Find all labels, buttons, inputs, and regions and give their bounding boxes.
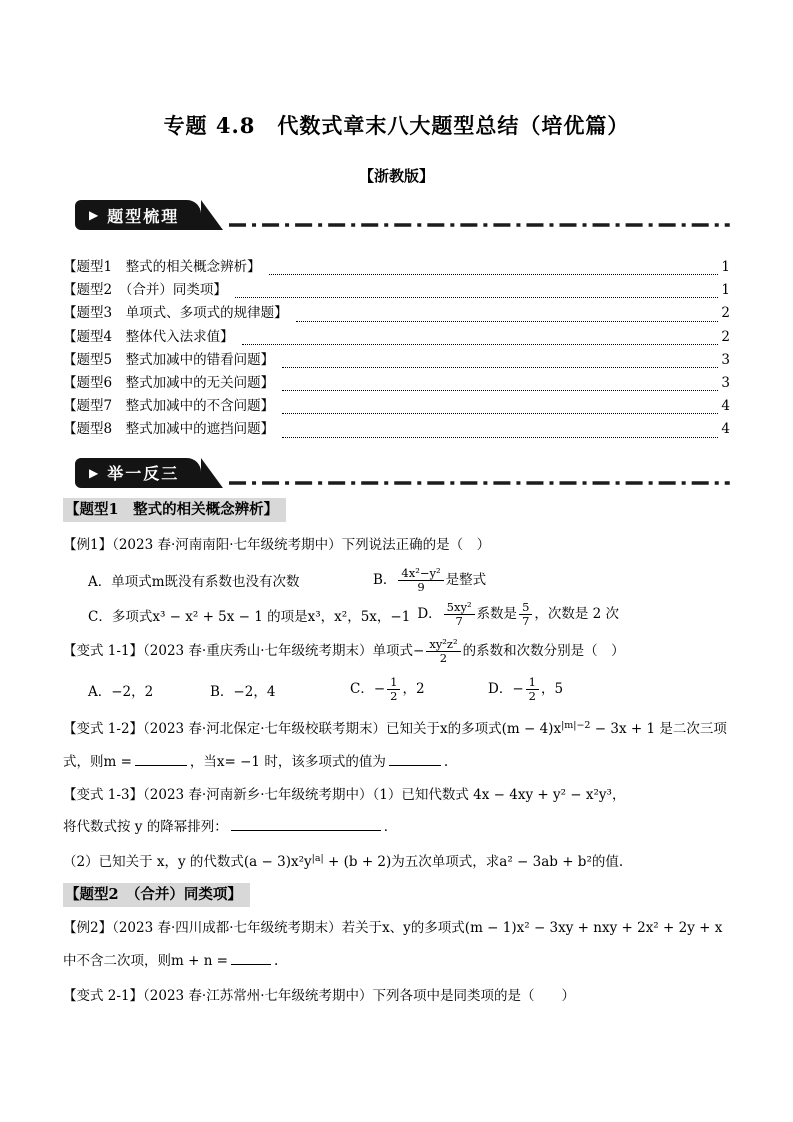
play-triangle-icon: ▶	[89, 208, 98, 222]
variant1-2-line1: 【变式 1-2】（2023 春·河北保定·七年级校联考期末）已知关于x的多项式(…	[63, 716, 730, 739]
variant1-2-line2: 式，则m =，当x= −1 时，该多项式的值为.	[63, 752, 730, 772]
fraction: 57	[519, 601, 532, 628]
toc-item-label: 【题型4 整体代入法求值】	[63, 326, 234, 349]
dash-dot-divider	[229, 479, 730, 487]
exponent: |m|−2	[561, 720, 590, 731]
toc-page-number: 3	[721, 372, 730, 395]
toc-page-number: 2	[721, 302, 730, 325]
example1-stem: 【例1】（2023 春·河南南阳·七年级统考期中）下列说法正确的是（ ）	[63, 535, 730, 555]
toc-row: 【题型1 整式的相关概念辨析】 1	[63, 256, 730, 279]
outline-banner-label: 题型梳理	[107, 204, 179, 227]
toc-leader-dots	[282, 390, 718, 391]
toc-row: 【题型7 整式加减中的不含问题】 4	[63, 395, 730, 418]
answer-blank	[389, 752, 441, 766]
toc-item-label: 【题型6 整式加减中的无关问题】	[63, 372, 274, 395]
variant1-3-line2: 将代数式按 y 的降幂排列：．	[63, 817, 730, 837]
toc-leader-dots	[282, 367, 718, 368]
variant1-1-option-b: B．−2，4	[210, 680, 350, 700]
variant1-1-option-d: D．−12，5	[488, 676, 563, 703]
variant2-1-stem: 【变式 2-1】（2023 春·江苏常州·七年级统考期中）下列各项中是同类项的是…	[63, 986, 730, 1006]
toc-leader-dots	[296, 321, 719, 322]
answer-blank	[135, 752, 187, 766]
outline-banner-row: ▶ 题型梳理	[75, 200, 730, 230]
example1-option-c: C．多项式x³ − x² + 5x − 1 的项是x³，x²，5x，−1	[88, 605, 410, 625]
fraction: 12	[387, 676, 400, 703]
fraction: xy²z²2	[426, 638, 460, 665]
example1-option-a: A．单项式m既没有系数也没有次数	[88, 570, 373, 590]
page-title: 专题 4.8 代数式章末八大题型总结（培优篇）	[63, 112, 730, 140]
practice-banner-label: 举一反三	[107, 461, 179, 484]
toc-item-label: 【题型5 整式加减中的错看问题】	[63, 349, 274, 372]
edition-label: 【浙教版】	[63, 166, 730, 186]
fraction: 12	[526, 676, 539, 703]
example1-options-cd: C．多项式x³ − x² + 5x − 1 的项是x³，x²，5x，−1 D．5…	[63, 601, 730, 628]
toc-page-number: 3	[721, 349, 730, 372]
toc-item-label: 【题型2 （合并）同类项】	[63, 279, 227, 302]
toc-row: 【题型5 整式加减中的错看问题】 3	[63, 349, 730, 372]
heading-type2: 【题型2 （合并）同类项】	[63, 883, 250, 907]
toc-row: 【题型6 整式加减中的无关问题】 3	[63, 372, 730, 395]
variant1-3-line3: （2）已知关于 x，y 的代数式(a − 3)x²y|a| + (b + 2)为…	[63, 849, 730, 872]
example1-options-ab: A．单项式m既没有系数也没有次数 B．4x²−y²9是整式	[63, 567, 730, 594]
variant1-1-stem: 【变式 1-1】（2023 春·重庆秀山·七年级统考期末）单项式−xy²z²2的…	[63, 638, 730, 665]
worksheet-page: 专题 4.8 代数式章末八大题型总结（培优篇） 【浙教版】 ▶ 题型梳理 【题型…	[0, 0, 793, 1122]
table-of-contents: 【题型1 整式的相关概念辨析】 1 【题型2 （合并）同类项】 1 【题型3 单…	[63, 256, 730, 442]
toc-page-number: 1	[721, 256, 730, 279]
practice-banner: ▶ 举一反三	[75, 458, 201, 488]
variant1-3-line1: 【变式 1-3】（2023 春·河南新乡·七年级统考期中）（1）已知代数式 4x…	[63, 785, 730, 805]
example2-line2: 中不含二次项，则m + n =.	[63, 951, 730, 971]
answer-blank	[231, 951, 271, 965]
example1-option-b: B．4x²−y²9是整式	[373, 567, 486, 594]
toc-item-label: 【题型1 整式的相关概念辨析】	[63, 256, 261, 279]
heading-type1: 【题型1 整式的相关概念辨析】	[63, 498, 286, 522]
variant1-1-option-a: A．−2，2	[88, 680, 210, 700]
variant1-1-options: A．−2，2 B．−2，4 C．−12，2 D．−12，5	[63, 676, 730, 703]
toc-row: 【题型3 单项式、多项式的规律题】 2	[63, 302, 730, 325]
dash-dot-divider	[229, 221, 730, 229]
toc-leader-dots	[282, 437, 718, 438]
toc-page-number: 4	[721, 395, 730, 418]
example1-option-d: D．5xy²7系数是57，次数是 2 次	[417, 601, 619, 628]
play-triangle-icon: ▶	[89, 466, 98, 480]
toc-leader-dots	[269, 274, 719, 275]
toc-row: 【题型4 整体代入法求值】 2	[63, 326, 730, 349]
toc-row: 【题型2 （合并）同类项】 1	[63, 279, 730, 302]
toc-page-number: 1	[721, 279, 730, 302]
toc-page-number: 2	[721, 326, 730, 349]
fraction: 4x²−y²9	[398, 567, 443, 594]
toc-leader-dots	[242, 344, 719, 345]
variant1-1-option-c: C．−12，2	[350, 676, 488, 703]
answer-blank	[231, 817, 381, 831]
toc-item-label: 【题型7 整式加减中的不含问题】	[63, 395, 274, 418]
toc-item-label: 【题型3 单项式、多项式的规律题】	[63, 302, 288, 325]
exponent: |a|	[312, 853, 324, 864]
toc-page-number: 4	[721, 418, 730, 441]
fraction: 5xy²7	[444, 601, 475, 628]
toc-leader-dots	[235, 297, 719, 298]
toc-leader-dots	[282, 413, 718, 414]
toc-item-label: 【题型8 整式加减中的遮挡问题】	[63, 418, 274, 441]
outline-banner: ▶ 题型梳理	[75, 200, 201, 230]
toc-row: 【题型8 整式加减中的遮挡问题】 4	[63, 418, 730, 441]
example2-line1: 【例2】（2023 春·四川成都·七年级统考期末）若关于x、y的多项式(m − …	[63, 918, 730, 938]
practice-banner-row: ▶ 举一反三	[75, 458, 730, 488]
